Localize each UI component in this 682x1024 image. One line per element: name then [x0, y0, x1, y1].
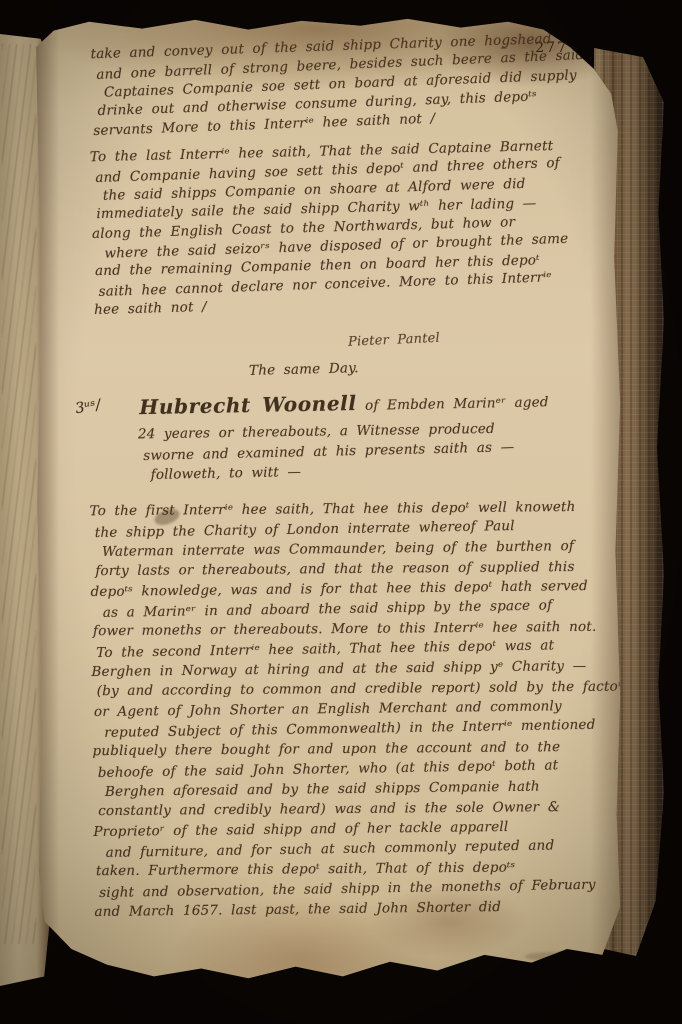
deponent-signature: Pieter Pantel — [348, 325, 565, 349]
deponent-name: Hubrecht Woonell — [139, 391, 357, 419]
manuscript-photo: –277 take and convey out of the said shi… — [0, 0, 682, 1024]
deponent-entry-block: 3ᵘˢ/ Hubrecht Woonell of Embden Marinᵉʳ … — [93, 384, 565, 486]
deponent-name-rest: of Embden Marinᵉʳ aged — [365, 394, 549, 414]
manuscript-line: forty lasts or thereabouts, and that the… — [95, 557, 562, 581]
manuscript-page: –277 take and convey out of the said shi… — [36, 14, 626, 990]
margin-number-note: 3ᵘˢ/ — [74, 397, 102, 417]
facing-page-text-traces — [2, 44, 36, 944]
manuscript-line: (by and according to common and credible… — [97, 677, 564, 701]
same-day-heading: The same Day. — [249, 355, 564, 379]
manuscript-line: constantly and credibly heard) was and i… — [98, 797, 565, 821]
deponent-entry-lines: 24 yeares or thereabouts, a Witnesse pro… — [140, 417, 565, 485]
faint-ink-offset — [525, 952, 583, 961]
paper-stain — [336, 979, 426, 1001]
last-interrogatory-block: To the last Interrⁱᵉ hee saith, That the… — [92, 136, 567, 320]
deposition-end-block: take and convey out of the said shipp Ch… — [92, 29, 565, 141]
interrogatories-block: To the first Interrⁱᵉ hee saith, That he… — [91, 496, 566, 922]
manuscript-text: take and convey out of the said shipp Ch… — [36, 14, 626, 922]
